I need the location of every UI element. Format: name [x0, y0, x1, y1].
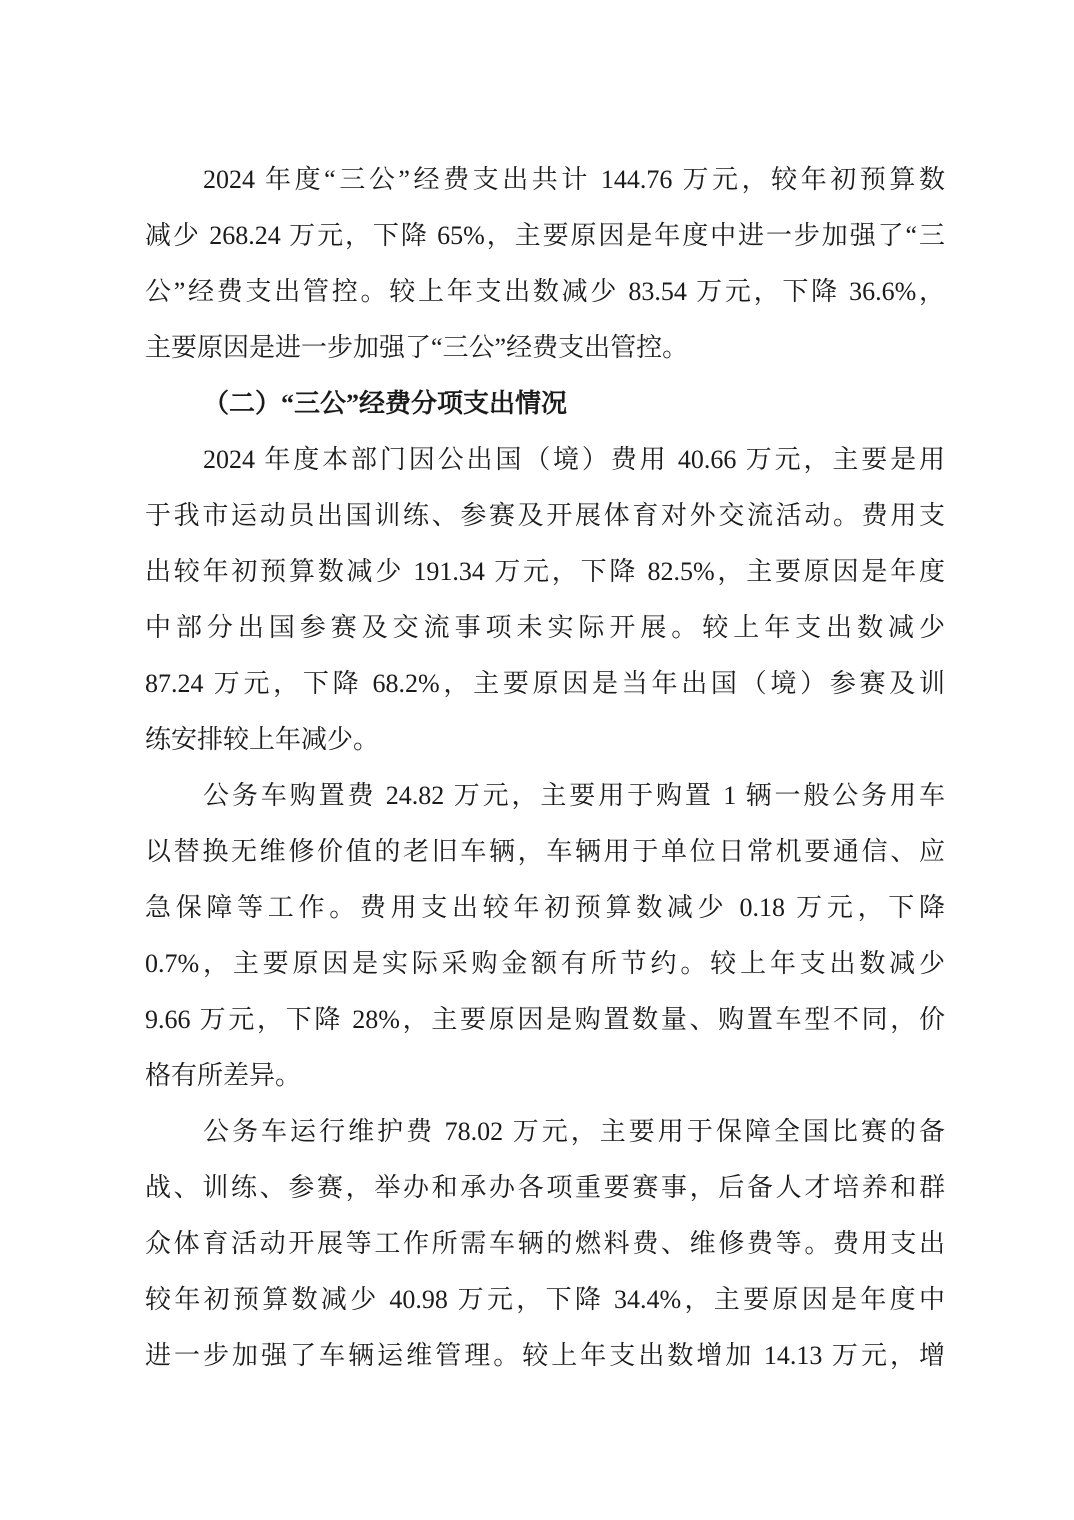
text-line: 0.7%，主要原因是实际采购金额有所节约。较上年支出数减少	[145, 936, 945, 992]
text-line: 9.66 万元，下降 28%，主要原因是购置数量、购置车型不同，价	[145, 992, 945, 1048]
text-line: 众体育活动开展等工作所需车辆的燃料费、维修费等。费用支出	[145, 1216, 945, 1272]
text-line: 于我市运动员出国训练、参赛及开展体育对外交流活动。费用支	[145, 488, 945, 544]
paragraph-summary: 2024 年度“三公”经费支出共计 144.76 万元，较年初预算数 减少 26…	[145, 152, 945, 376]
paragraph-vehicle-purchase: 公务车购置费 24.82 万元，主要用于购置 1 辆一般公务用车 以替换无维修价…	[145, 768, 945, 1104]
text-line: 以替换无维修价值的老旧车辆，车辆用于单位日常机要通信、应	[145, 824, 945, 880]
text-line: 较年初预算数减少 40.98 万元，下降 34.4%，主要原因是年度中	[145, 1272, 945, 1328]
text-line: 公”经费支出管控。较上年支出数减少 83.54 万元，下降 36.6%，	[145, 264, 945, 320]
text-line: 公务车购置费 24.82 万元，主要用于购置 1 辆一般公务用车	[145, 768, 945, 824]
text-line: 87.24 万元，下降 68.2%，主要原因是当年出国（境）参赛及训	[145, 656, 945, 712]
text-line: 进一步加强了车辆运维管理。较上年支出数增加 14.13 万元，增	[145, 1328, 945, 1384]
text-line: 出较年初预算数减少 191.34 万元，下降 82.5%，主要原因是年度	[145, 544, 945, 600]
text-line: 练安排较上年减少。	[145, 712, 945, 768]
text-line: 战、训练、参赛，举办和承办各项重要赛事，后备人才培养和群	[145, 1160, 945, 1216]
text-line: 中部分出国参赛及交流事项未实际开展。较上年支出数减少	[145, 600, 945, 656]
text-line: 2024 年度“三公”经费支出共计 144.76 万元，较年初预算数	[145, 152, 945, 208]
text-line: 2024 年度本部门因公出国（境）费用 40.66 万元，主要是用	[145, 432, 945, 488]
text-line: 主要原因是进一步加强了“三公”经费支出管控。	[145, 320, 945, 376]
paragraph-abroad-expenses: 2024 年度本部门因公出国（境）费用 40.66 万元，主要是用 于我市运动员…	[145, 432, 945, 768]
text-line: 急保障等工作。费用支出较年初预算数减少 0.18 万元，下降	[145, 880, 945, 936]
document-page: 2024 年度“三公”经费支出共计 144.76 万元，较年初预算数 减少 26…	[0, 0, 1074, 1520]
text-line: 减少 268.24 万元，下降 65%，主要原因是年度中进一步加强了“三	[145, 208, 945, 264]
text-line: 公务车运行维护费 78.02 万元，主要用于保障全国比赛的备	[145, 1104, 945, 1160]
text-line: 格有所差异。	[145, 1048, 945, 1104]
paragraph-vehicle-maintenance: 公务车运行维护费 78.02 万元，主要用于保障全国比赛的备 战、训练、参赛，举…	[145, 1104, 945, 1384]
section-heading: （二）“三公”经费分项支出情况	[145, 376, 945, 432]
